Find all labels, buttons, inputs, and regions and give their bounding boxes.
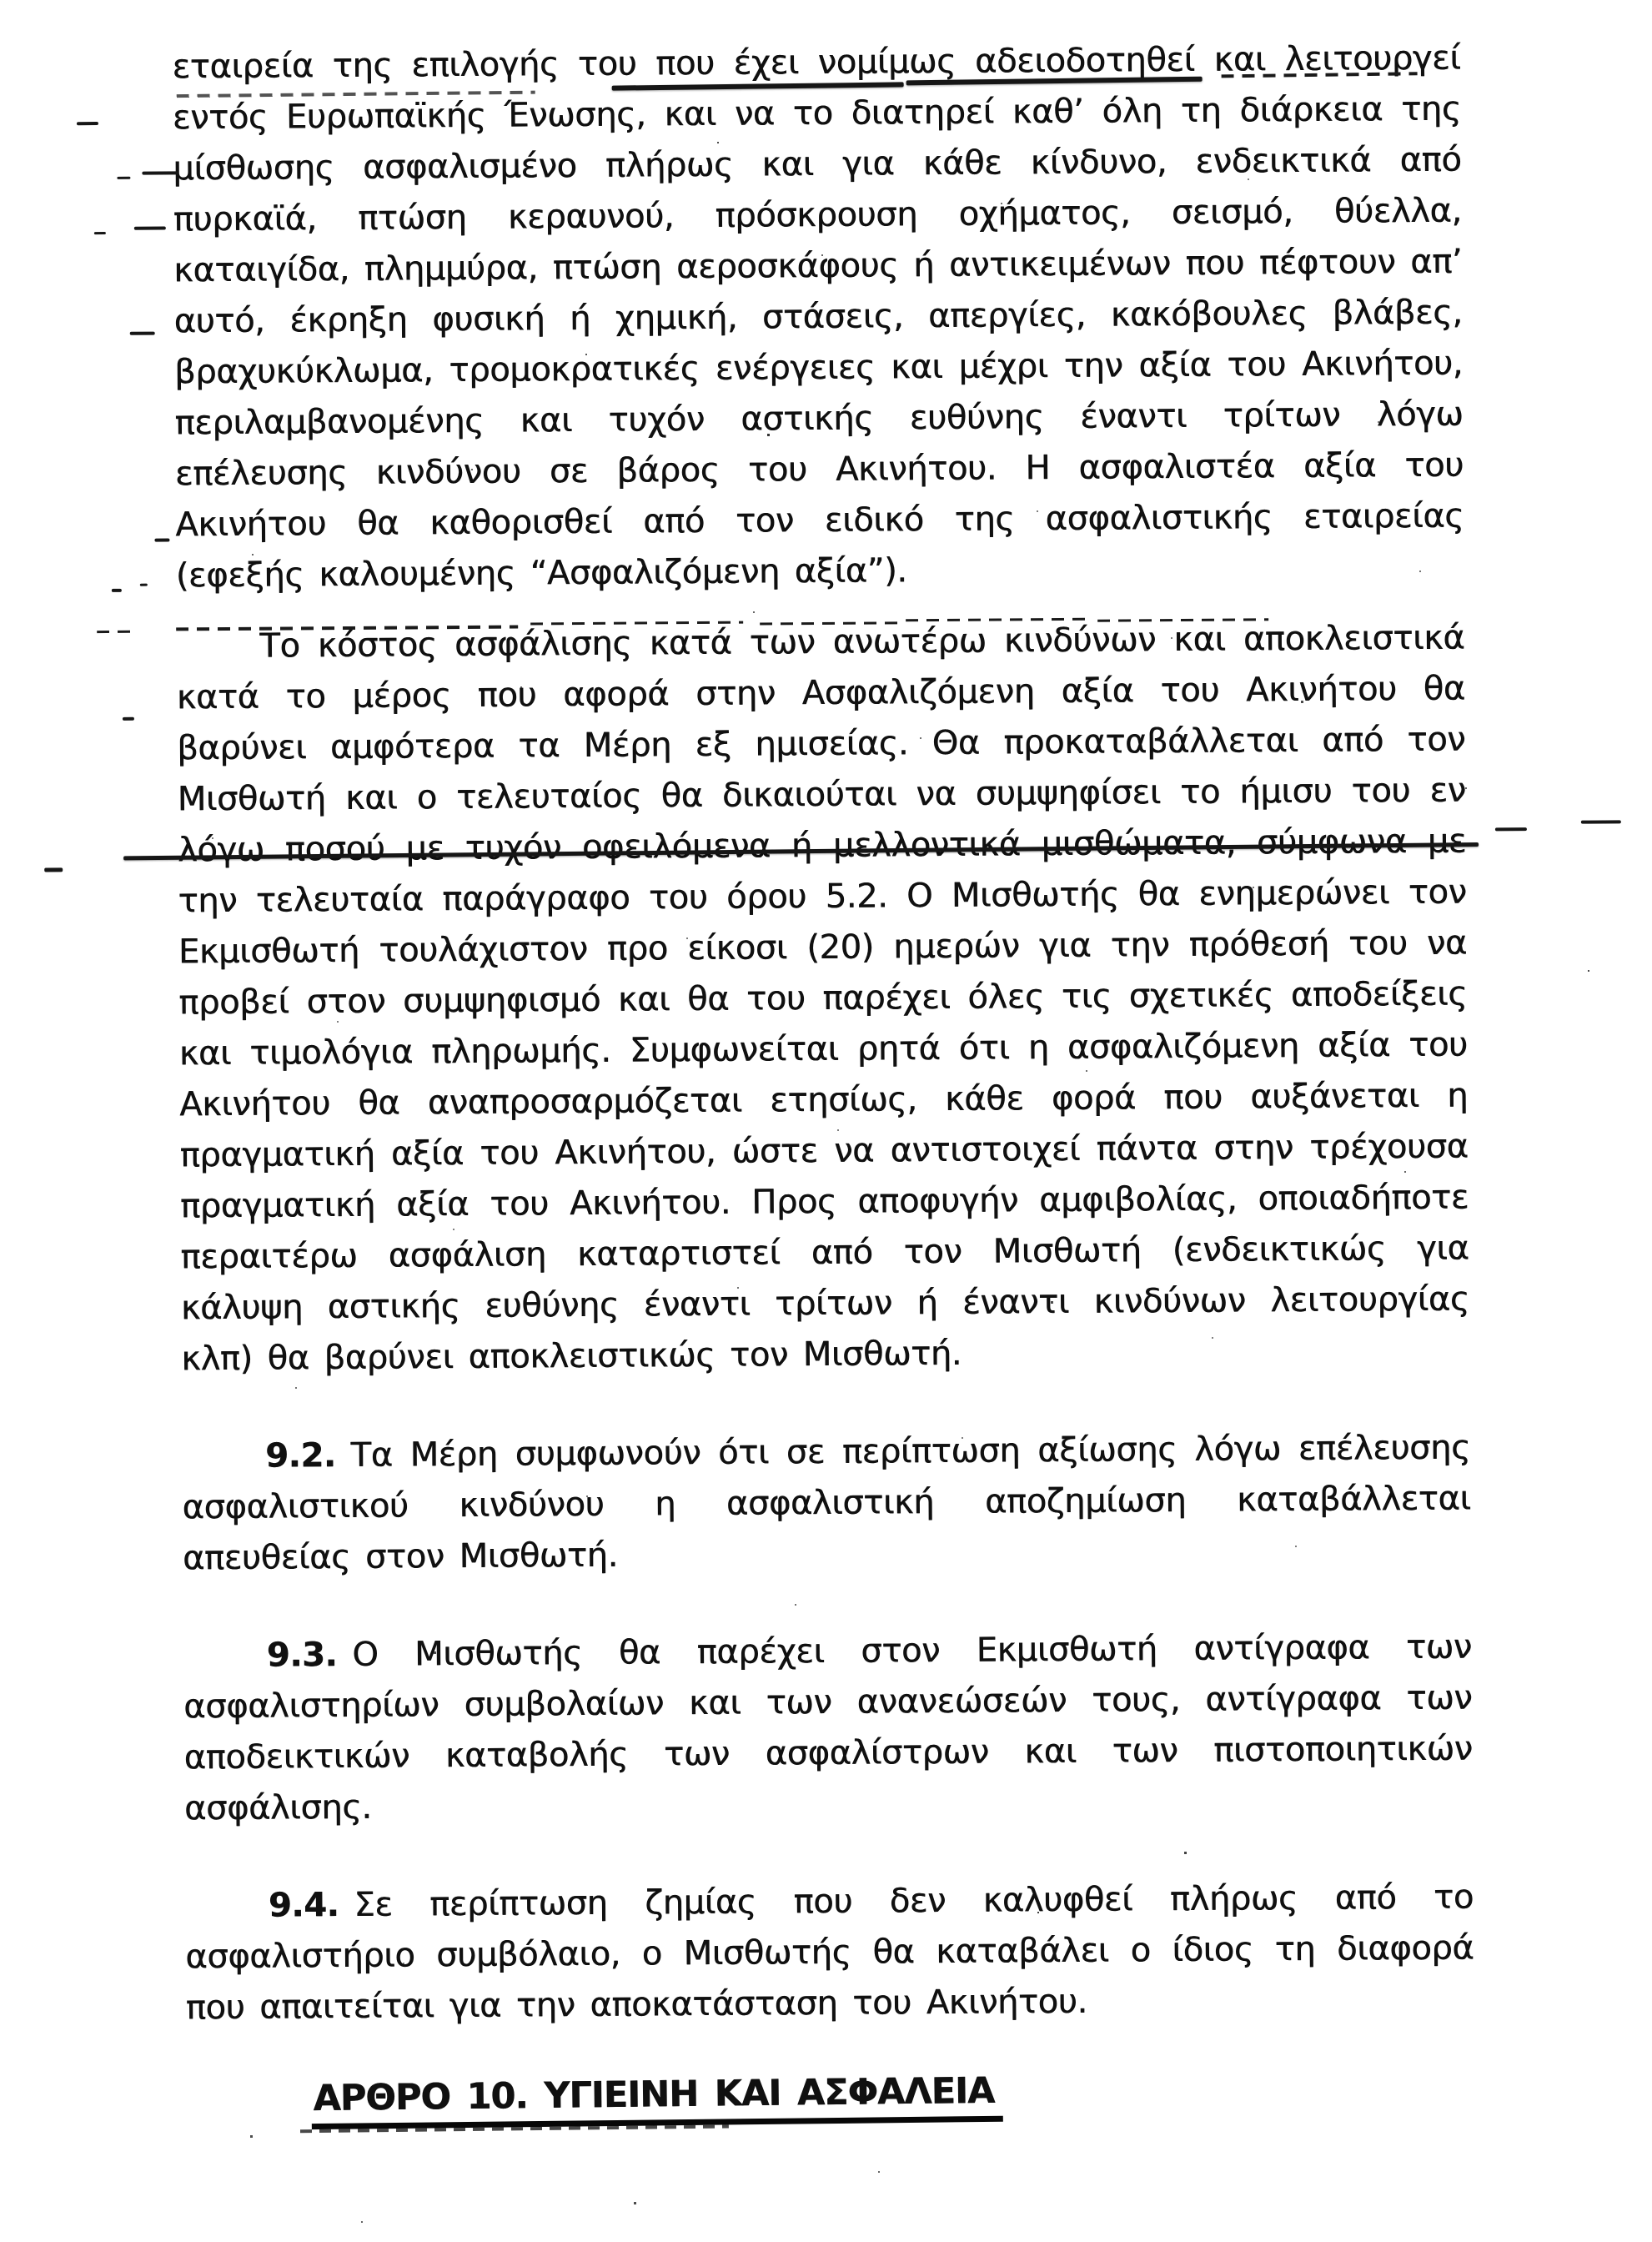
clause-number: 9.4. xyxy=(269,1886,339,1925)
paragraph-9-4: 9.4.Σε περίπτωση ζημίας που δεν καλυφθεί… xyxy=(185,1873,1474,2034)
scan-margin-dash xyxy=(130,332,155,335)
scan-margin-dash xyxy=(77,122,98,125)
scan-margin-dash xyxy=(134,226,166,229)
clause-text: Σε περίπτωση ζημίας που δεν καλυφθεί πλή… xyxy=(185,1878,1474,2028)
scan-strike-line xyxy=(1495,827,1527,831)
paragraph-9-3: 9.3.Ο Μισθωτής θα παρέχει στον Εκμισθωτή… xyxy=(183,1622,1474,1835)
scan-margin-dash xyxy=(142,171,178,174)
clause-text: Τα Μέρη συμφωνούν ότι σε περίπτωση αξίωσ… xyxy=(182,1429,1470,1578)
contract-text-block: εταιρεία της επιλογής του που έχει νομίμ… xyxy=(172,33,1474,2129)
clause-text: Ο Μισθωτής θα παρέχει στον Εκμισθωτή αντ… xyxy=(183,1628,1473,1828)
scan-strike-line xyxy=(1581,820,1621,823)
scan-margin-dash xyxy=(117,177,130,179)
scan-margin-dash xyxy=(140,584,148,586)
scan-margin-dash xyxy=(94,232,106,234)
scanned-document-page: εταιρεία της επιλογής του που έχει νομίμ… xyxy=(0,0,1652,2242)
scan-margin-dash xyxy=(154,538,169,541)
scan-smudge-row xyxy=(97,631,130,633)
scan-noise-specks xyxy=(0,0,3,3)
paragraph-9-1-insurance-cost: Το κόστος ασφάλισης κατά των ανωτέρω κιν… xyxy=(176,613,1469,1385)
scan-margin-dash xyxy=(123,717,134,721)
paragraph-9-1-continuation: εταιρεία της επιλογής του που έχει νομίμ… xyxy=(172,33,1464,602)
article-10-heading: ΑΡΘΡΟ 10. ΥΓΙΕΙΝΗ ΚΑΙ ΑΣΦΑΛΕΙΑ xyxy=(311,2070,1002,2129)
scan-strike-line xyxy=(44,867,63,872)
clause-number: 9.2. xyxy=(265,1436,336,1475)
scan-margin-dash xyxy=(112,589,122,592)
paragraph-9-2: 9.2.Τα Μέρη συμφωνούν ότι σε περίπτωση α… xyxy=(182,1423,1471,1585)
clause-number: 9.3. xyxy=(267,1636,338,1675)
